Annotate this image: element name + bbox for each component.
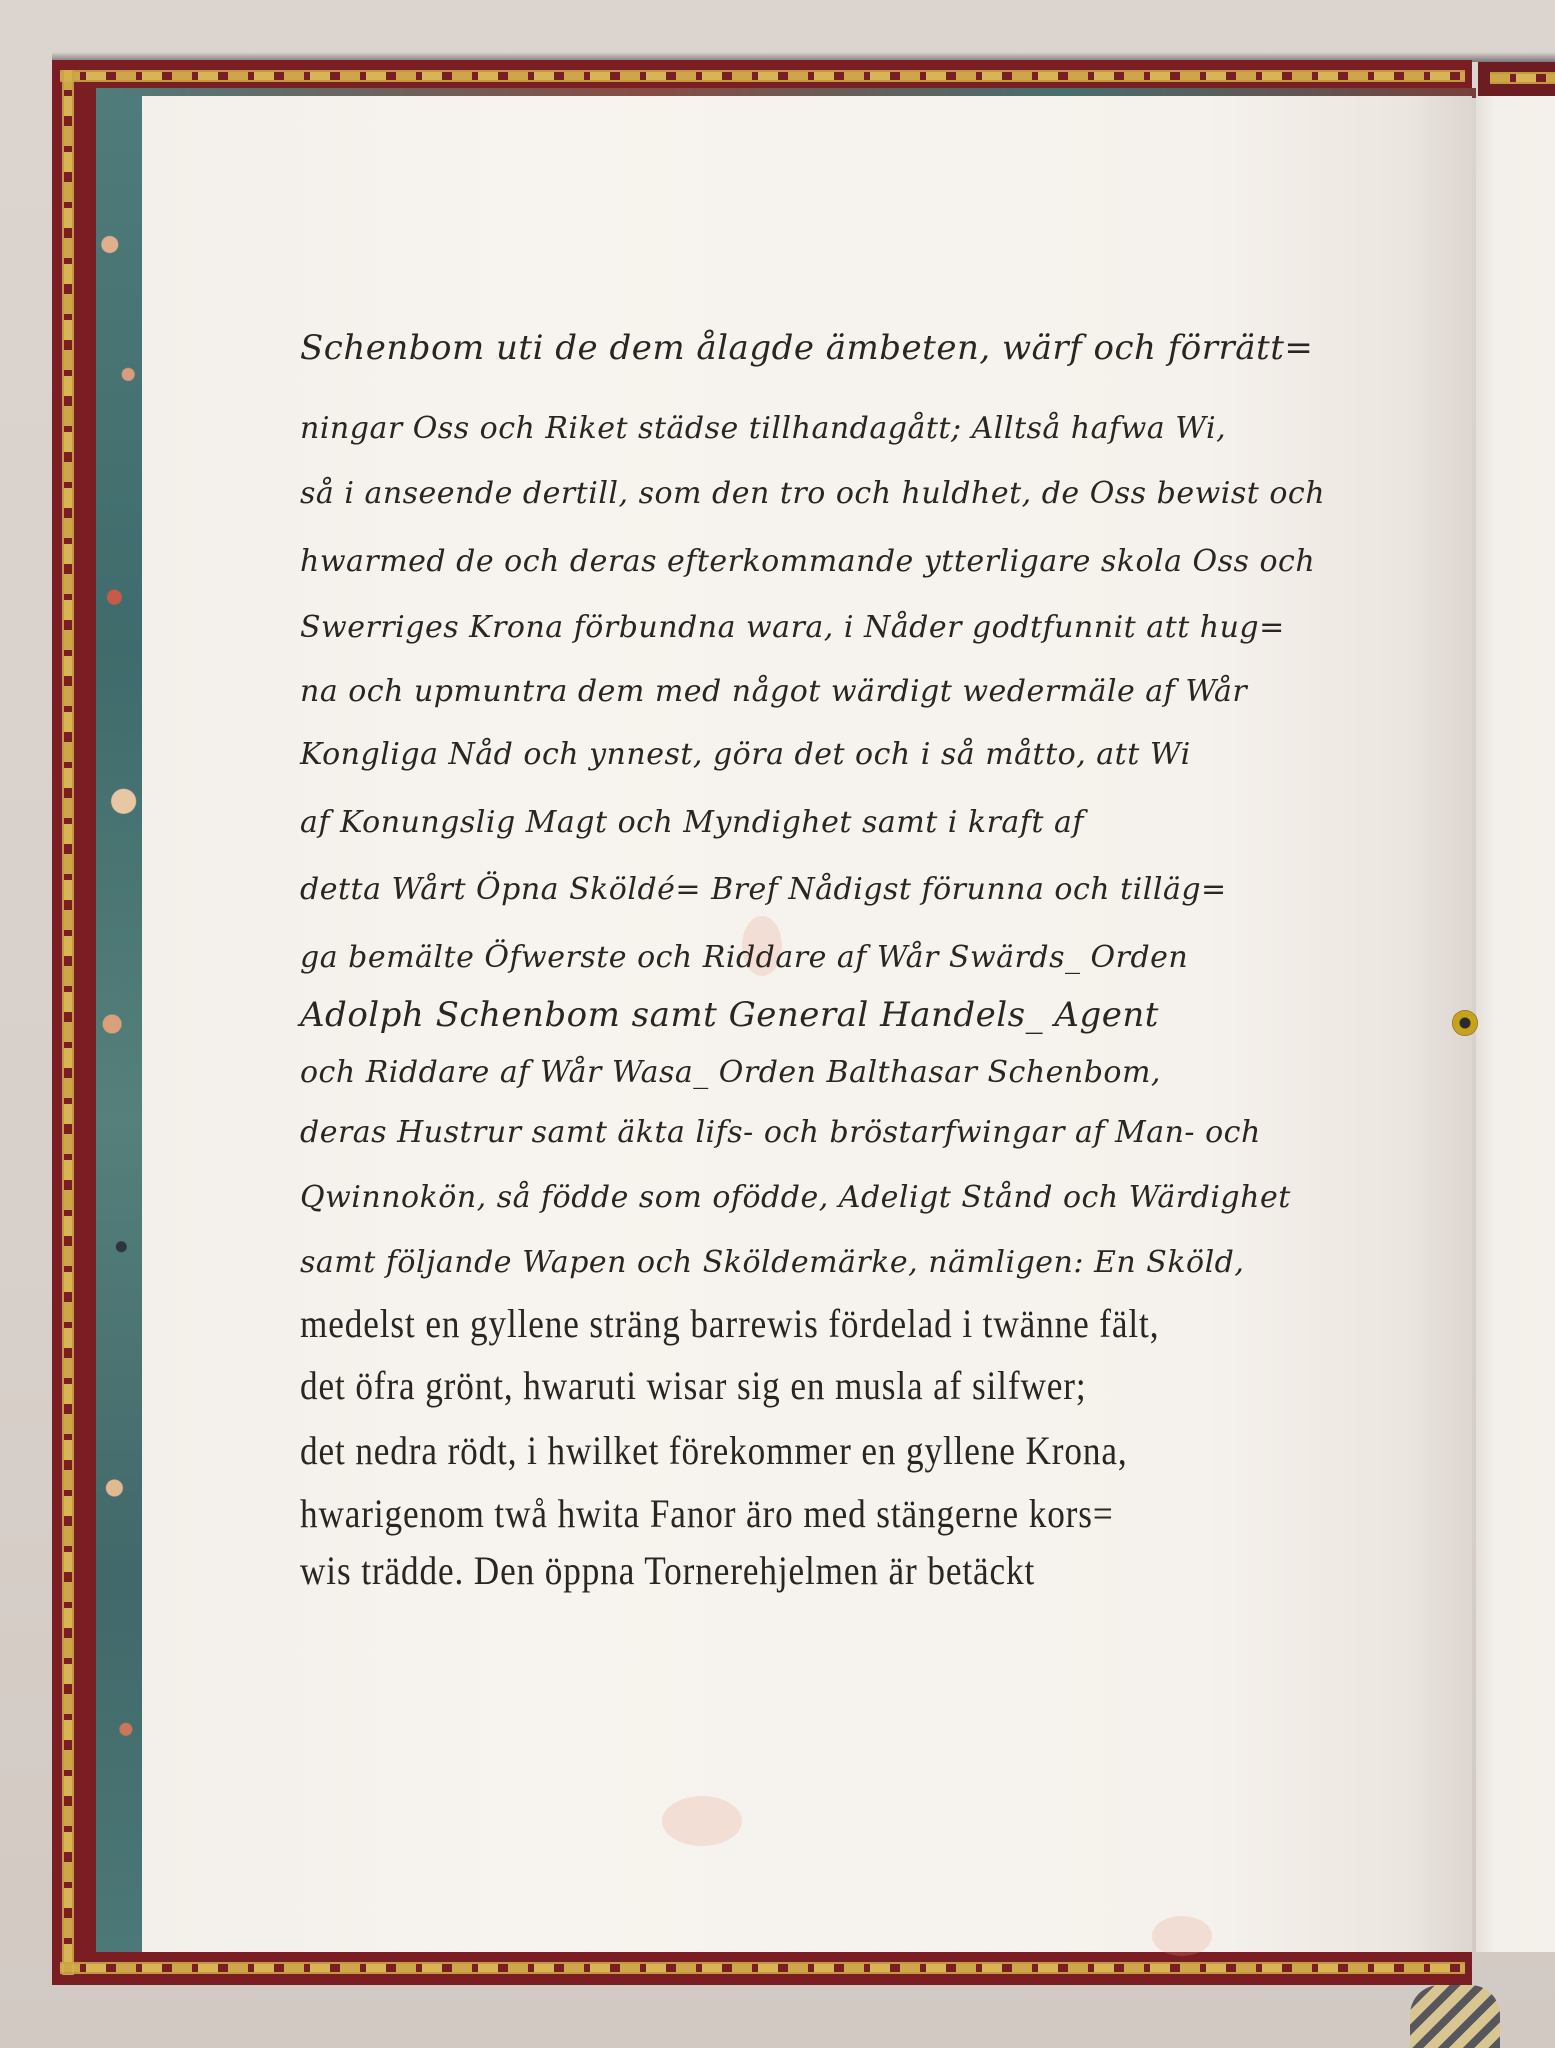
text-line: af Konungslig Magt och Myndighet samt i … — [300, 805, 1084, 840]
text-line: och Riddare af Wår Wasa_ Orden Balthasar… — [300, 1055, 1161, 1090]
text-line: hwarmed de och deras efterkommande ytter… — [300, 544, 1315, 579]
gold-tooling-right-page — [1490, 72, 1555, 84]
text-line: Adolph Schenbom samt General Handels_ Ag… — [300, 995, 1159, 1035]
gold-tooling-bottom — [60, 1962, 1465, 1974]
text-line: deras Hustrur samt äkta lifs- och brösta… — [300, 1115, 1261, 1150]
text-line: det nedra rödt, i hwilket förekommer en … — [300, 1427, 1128, 1474]
text-line: ga bemälte Öfwerste och Riddare af Wår S… — [300, 940, 1188, 975]
text-line: wis trädde. Den öppna Tornerehjelmen är … — [300, 1547, 1035, 1594]
foxing-stain — [662, 1796, 742, 1846]
text-line: Kongliga Nåd och ynnest, göra det och i … — [300, 737, 1191, 772]
text-line: så i anseende dertill, som den tro och h… — [300, 476, 1325, 511]
seal-cord — [1410, 1985, 1500, 2048]
text-line: Swerriges Krona förbundna wara, i Nåder … — [300, 610, 1285, 645]
marbled-endpaper-left — [96, 96, 142, 1952]
text-line: hwarigenom twå hwita Fanor äro med stäng… — [300, 1490, 1114, 1537]
gold-tooling-top — [60, 70, 1465, 82]
brass-clasp-icon — [1452, 1010, 1478, 1036]
text-line: Qwinnokön, så födde som ofödde, Adeligt … — [300, 1180, 1291, 1215]
gold-tooling-left — [62, 70, 74, 1975]
text-line: ningar Oss och Riket städse tillhandagåt… — [300, 411, 1226, 446]
foxing-stain — [1152, 1916, 1212, 1956]
facing-page-edge — [1476, 96, 1555, 1952]
leather-border-left — [52, 60, 96, 1985]
text-line: det öfra grönt, hwaruti wisar sig en mus… — [300, 1362, 1087, 1409]
text-line: samt följande Wapen och Sköldemärke, näm… — [300, 1245, 1244, 1280]
text-line: na och upmuntra dem med något wärdigt we… — [300, 674, 1247, 709]
text-line: medelst en gyllene sträng barrewis förde… — [300, 1300, 1159, 1347]
text-line: detta Wårt Öpna Sköldé= Bref Nådigst för… — [300, 872, 1227, 907]
text-line: Schenbom uti de dem ålagde ämbeten, wärf… — [300, 328, 1313, 368]
